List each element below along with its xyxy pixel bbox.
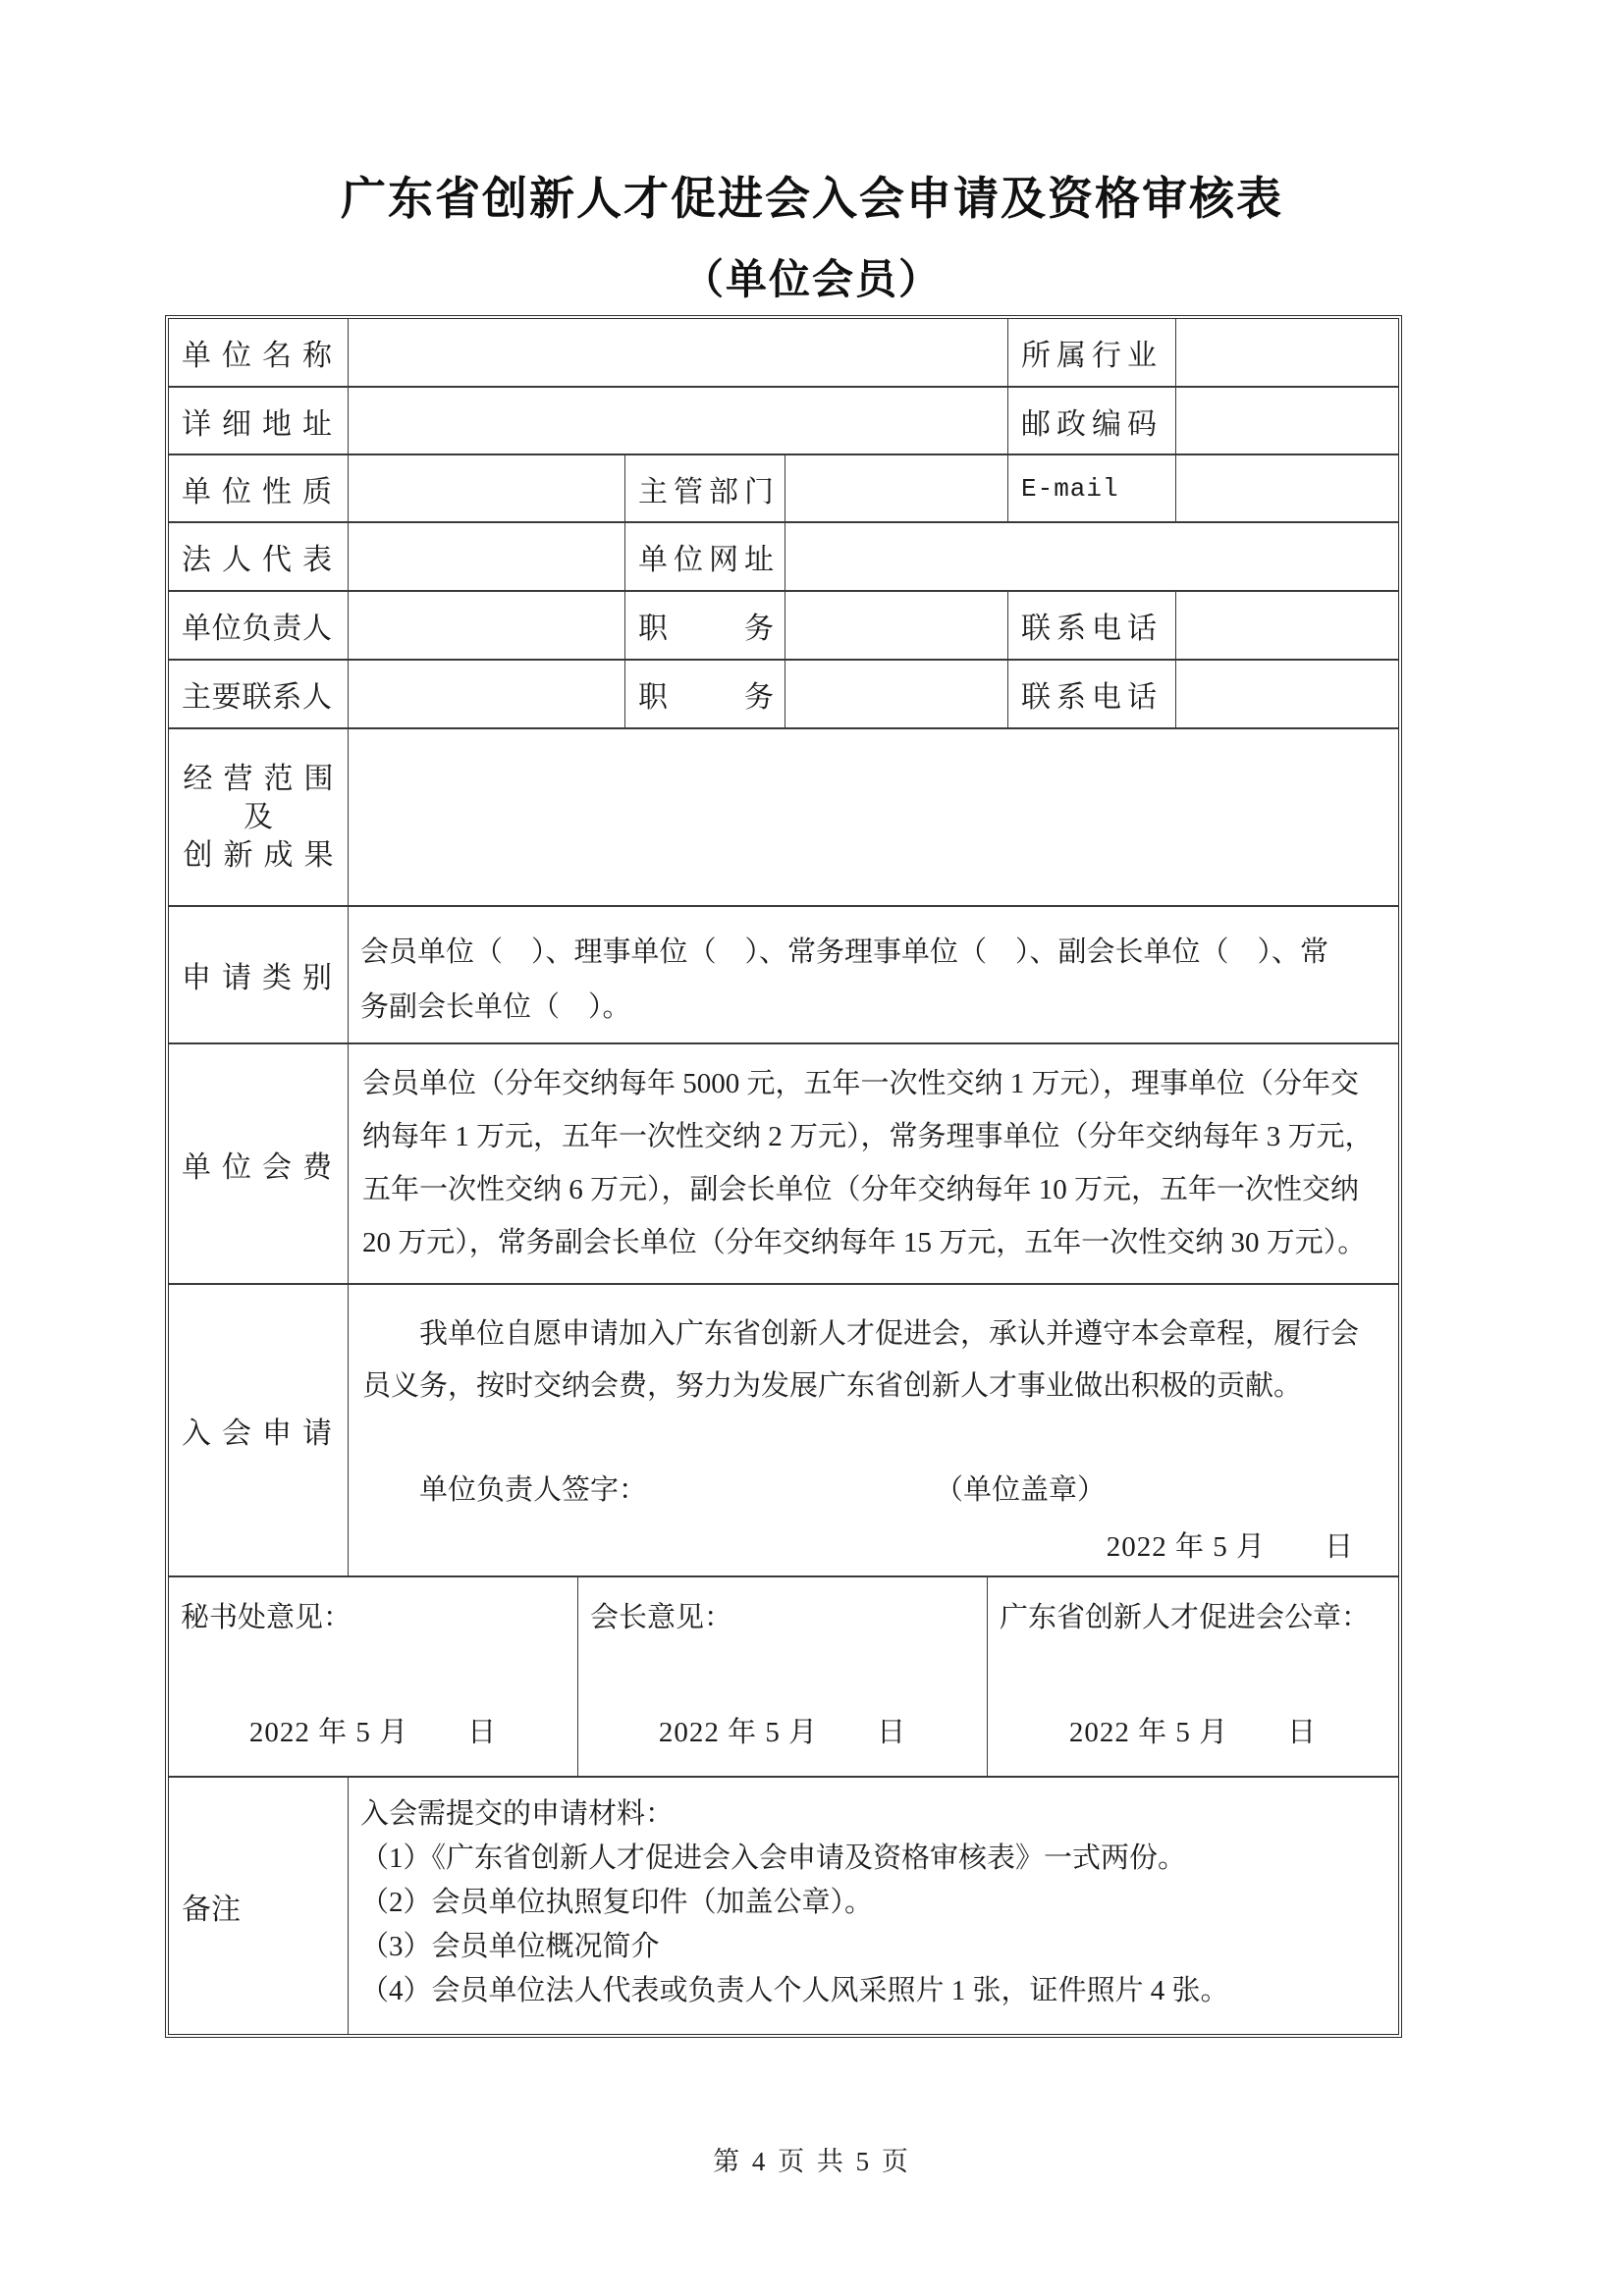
fee-label: 单位会费 [182, 1143, 332, 1186]
unit-nature-field[interactable] [349, 455, 625, 521]
postcode-label-cell: 邮政编码 [1008, 388, 1176, 454]
postcode-label: 邮政编码 [1021, 400, 1157, 443]
contact-title-label-cell: 职 务 [625, 661, 785, 727]
head-title-label-cell: 职 务 [625, 592, 785, 659]
head-title-field[interactable] [785, 592, 1008, 659]
president-label: 会长意见： [590, 1595, 975, 1635]
signature-line[interactable]: 单位负责人签字： （单位盖章） [349, 1468, 1398, 1507]
association-seal-date: 2022 年 5 月 日 [1000, 1710, 1386, 1750]
contact-title-field[interactable] [785, 661, 1008, 727]
legal-rep-label: 法人代表 [182, 535, 332, 578]
association-seal-label: 广东省创新人才促进会公章： [1000, 1595, 1386, 1635]
unit-name-label-cell: 单位名称 [169, 319, 349, 386]
application-form-table: 单位名称 所属行业 详细地址 邮政编码 单位性质 [165, 315, 1402, 2038]
association-seal-cell[interactable]: 广东省创新人才促进会公章： 2022 年 5 月 日 [988, 1577, 1398, 1776]
secretariat-date: 2022 年 5 月 日 [181, 1710, 566, 1750]
application-statement: 我单位自愿申请加入广东省创新人才促进会，承认并遵守本会章程，履行会 员义务，按时… [349, 1285, 1398, 1413]
contact-field[interactable] [349, 661, 625, 727]
scope-field[interactable] [349, 729, 1398, 905]
application-label: 入会申请 [182, 1409, 332, 1452]
row-business-scope: 经营范围 及 创新成果 [169, 729, 1398, 907]
unit-nature-label: 单位性质 [182, 467, 332, 510]
remarks-label: 备注 [182, 1885, 241, 1928]
dept-label: 主管部门 [638, 467, 774, 510]
contact-phone-field[interactable] [1176, 661, 1398, 727]
contact-title-label: 职 务 [638, 672, 774, 716]
website-label: 单位网址 [638, 535, 774, 578]
row-application: 入会申请 我单位自愿申请加入广东省创新人才促进会，承认并遵守本会章程，履行会 员… [169, 1285, 1398, 1577]
fee-label-cell: 单位会费 [169, 1044, 349, 1283]
dept-field[interactable] [785, 455, 1008, 521]
head-label-cell: 单位负责人 [169, 592, 349, 659]
secretariat-label: 秘书处意见： [181, 1595, 566, 1635]
legal-rep-field[interactable] [349, 523, 625, 590]
scope-label-line3: 创新成果 [184, 836, 334, 875]
category-options-field[interactable]: 会员单位（ ）、理事单位（ ）、常务理事单位（ ）、副会长单位（ ）、常 务副会… [349, 907, 1398, 1042]
email-field[interactable] [1176, 455, 1398, 521]
website-label-cell: 单位网址 [625, 523, 785, 590]
address-label: 详细地址 [182, 400, 332, 443]
row-remarks: 备注 入会需提交的申请材料： （1）《广东省创新人才促进会入会申请及资格审核表》… [169, 1778, 1398, 2034]
head-title-label: 职 务 [638, 604, 774, 647]
secretariat-opinion-cell[interactable]: 秘书处意见： 2022 年 5 月 日 [169, 1577, 578, 1776]
category-label-cell: 申请类别 [169, 907, 349, 1042]
industry-label: 所属行业 [1021, 331, 1157, 374]
application-content-cell: 我单位自愿申请加入广东省创新人才促进会，承认并遵守本会章程，履行会 员义务，按时… [349, 1285, 1398, 1575]
scope-label-line1: 经营范围 [184, 760, 334, 798]
email-label: E-mail [1021, 474, 1119, 504]
row-apply-category: 申请类别 会员单位（ ）、理事单位（ ）、常务理事单位（ ）、副会长单位（ ）、… [169, 907, 1398, 1044]
application-date: 2022 年 5 月 日 [349, 1524, 1398, 1565]
scope-label-line2: 及 [244, 798, 273, 836]
head-field[interactable] [349, 592, 625, 659]
dept-label-cell: 主管部门 [625, 455, 785, 521]
postcode-field[interactable] [1176, 388, 1398, 454]
row-unit-head: 单位负责人 职 务 联系电话 [169, 592, 1398, 661]
president-date: 2022 年 5 月 日 [590, 1710, 975, 1750]
address-label-cell: 详细地址 [169, 388, 349, 454]
website-field[interactable] [785, 523, 1398, 590]
legal-rep-label-cell: 法人代表 [169, 523, 349, 590]
email-label-cell: E-mail [1008, 455, 1176, 521]
industry-label-cell: 所属行业 [1008, 319, 1176, 386]
scope-label-cell: 经营范围 及 创新成果 [169, 729, 349, 905]
unit-name-field[interactable] [349, 319, 1008, 386]
fee-description: 会员单位（分年交纳每年 5000 元，五年一次性交纳 1 万元），理事单位（分年… [349, 1044, 1398, 1283]
unit-nature-label-cell: 单位性质 [169, 455, 349, 521]
row-unit-nature: 单位性质 主管部门 E-mail [169, 455, 1398, 523]
head-phone-label: 联系电话 [1021, 604, 1157, 647]
head-label: 单位负责人 [182, 604, 332, 647]
unit-name-label: 单位名称 [182, 331, 332, 374]
row-address: 详细地址 邮政编码 [169, 388, 1398, 455]
contact-label-cell: 主要联系人 [169, 661, 349, 727]
application-label-cell: 入会申请 [169, 1285, 349, 1575]
industry-field[interactable] [1176, 319, 1398, 386]
row-opinions: 秘书处意见： 2022 年 5 月 日 会长意见： 2022 年 5 月 日 广… [169, 1577, 1398, 1778]
document-page: 广东省创新人才促进会入会申请及资格审核表 （单位会员） 单位名称 所属行业 详细… [0, 0, 1624, 2296]
row-legal-rep: 法人代表 单位网址 [169, 523, 1398, 592]
row-membership-fee: 单位会费 会员单位（分年交纳每年 5000 元，五年一次性交纳 1 万元），理事… [169, 1044, 1398, 1285]
contact-phone-label-cell: 联系电话 [1008, 661, 1176, 727]
category-label: 申请类别 [182, 953, 332, 996]
row-unit-name: 单位名称 所属行业 [169, 319, 1398, 388]
sign-label: 单位负责人签字： [419, 1474, 647, 1506]
page-subtitle: （单位会员） [0, 247, 1624, 306]
seal-label: （单位盖章） [935, 1468, 1106, 1508]
page-number-footer: 第 4 页 共 5 页 [0, 2140, 1624, 2178]
contact-phone-label: 联系电话 [1021, 672, 1157, 716]
row-main-contact: 主要联系人 职 务 联系电话 [169, 661, 1398, 729]
head-phone-field[interactable] [1176, 592, 1398, 659]
address-field[interactable] [349, 388, 1008, 454]
contact-label: 主要联系人 [182, 672, 332, 716]
remarks-content: 入会需提交的申请材料： （1）《广东省创新人才促进会入会申请及资格审核表》一式两… [349, 1778, 1398, 2034]
remarks-label-cell: 备注 [169, 1778, 349, 2034]
president-opinion-cell[interactable]: 会长意见： 2022 年 5 月 日 [578, 1577, 988, 1776]
head-phone-label-cell: 联系电话 [1008, 592, 1176, 659]
page-title: 广东省创新人才促进会入会申请及资格审核表 [0, 163, 1624, 228]
